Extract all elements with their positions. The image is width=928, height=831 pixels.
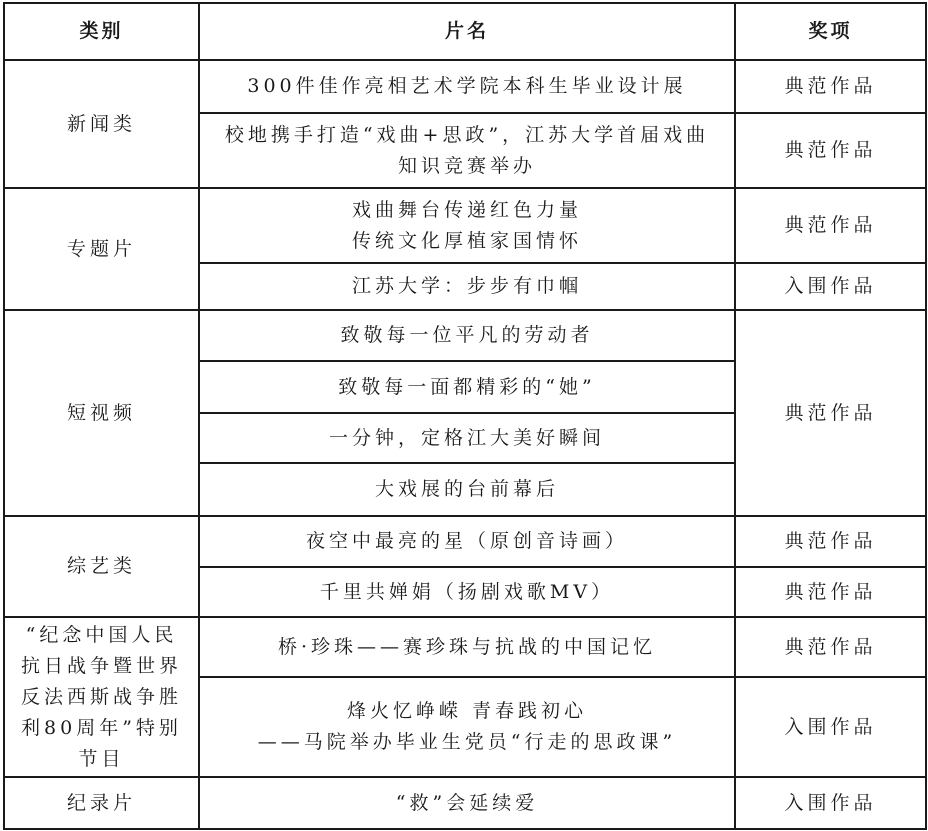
- award-cell: 典范作品: [735, 60, 926, 113]
- title-cell: 桥·珍珠——赛珍珠与抗战的中国记忆: [199, 617, 735, 677]
- award-cell: 入围作品: [735, 677, 926, 777]
- award-cell: 典范作品: [735, 617, 926, 677]
- award-cell: 典范作品: [735, 567, 926, 617]
- title-line: ——马院举办毕业生党员“行走的思政课”: [200, 727, 734, 758]
- header-award: 奖项: [735, 3, 926, 60]
- title-cell: 夜空中最亮的星（原创音诗画）: [199, 516, 735, 567]
- title-cell: 一分钟，定格江大美好瞬间: [199, 413, 735, 463]
- award-cell: 典范作品: [735, 188, 926, 263]
- table-header-row: 类别 片名 奖项: [4, 3, 926, 60]
- category-line: 利80周年”特别: [5, 713, 198, 744]
- title-cell: 烽火忆峥嵘 青春践初心 ——马院举办毕业生党员“行走的思政课”: [199, 677, 735, 777]
- title-line: 300件佳作亮相艺术学院本科生毕业设计展: [200, 71, 734, 102]
- table-row: 纪录片 “救”会延续爱 入围作品: [4, 777, 926, 829]
- title-line: 戏曲舞台传递红色力量: [200, 195, 734, 226]
- title-line: 大戏展的台前幕后: [200, 474, 734, 505]
- category-line: 抗日战争暨世界: [5, 651, 198, 682]
- category-cell: 专题片: [4, 188, 199, 310]
- title-line: “救”会延续爱: [200, 788, 734, 819]
- title-line: 夜空中最亮的星（原创音诗画）: [200, 526, 734, 557]
- category-cell: 新闻类: [4, 60, 199, 188]
- table-row: 新闻类 300件佳作亮相艺术学院本科生毕业设计展 典范作品: [4, 60, 926, 113]
- award-cell: 入围作品: [735, 777, 926, 829]
- title-cell: 江苏大学：步步有巾帼: [199, 263, 735, 310]
- category-cell: 综艺类: [4, 516, 199, 617]
- category-line: 节目: [5, 744, 198, 775]
- title-line: 知识竞赛举办: [200, 151, 734, 182]
- table-row: 短视频 致敬每一位平凡的劳动者 典范作品: [4, 310, 926, 361]
- award-cell: 典范作品: [735, 113, 926, 188]
- category-line: 反法西斯战争胜: [5, 682, 198, 713]
- category-cell: 短视频: [4, 310, 199, 516]
- award-cell: 典范作品: [735, 310, 926, 516]
- table-row: 综艺类 夜空中最亮的星（原创音诗画） 典范作品: [4, 516, 926, 567]
- title-line: 致敬每一位平凡的劳动者: [200, 320, 734, 351]
- title-line: 桥·珍珠——赛珍珠与抗战的中国记忆: [200, 632, 734, 663]
- category-cell: “纪念中国人民 抗日战争暨世界 反法西斯战争胜 利80周年”特别 节目: [4, 617, 199, 777]
- award-cell: 典范作品: [735, 516, 926, 567]
- title-line: 烽火忆峥嵘 青春践初心: [200, 696, 734, 727]
- award-cell: 入围作品: [735, 263, 926, 310]
- title-line: 校地携手打造“戏曲+思政”，江苏大学首届戏曲: [200, 120, 734, 151]
- title-line: 一分钟，定格江大美好瞬间: [200, 423, 734, 454]
- category-line: “纪念中国人民: [5, 620, 198, 651]
- header-category: 类别: [4, 3, 199, 60]
- title-line: 江苏大学：步步有巾帼: [200, 271, 734, 302]
- awards-table: 类别 片名 奖项 新闻类 300件佳作亮相艺术学院本科生毕业设计展 典范作品 校…: [3, 2, 927, 830]
- title-line: 传统文化厚植家国情怀: [200, 226, 734, 257]
- category-cell: 纪录片: [4, 777, 199, 829]
- title-cell: 致敬每一位平凡的劳动者: [199, 310, 735, 361]
- title-line: 致敬每一面都精彩的“她”: [200, 372, 734, 403]
- table-row: 专题片 戏曲舞台传递红色力量 传统文化厚植家国情怀 典范作品: [4, 188, 926, 263]
- table-row: “纪念中国人民 抗日战争暨世界 反法西斯战争胜 利80周年”特别 节目 桥·珍珠…: [4, 617, 926, 677]
- title-cell: 校地携手打造“戏曲+思政”，江苏大学首届戏曲 知识竞赛举办: [199, 113, 735, 188]
- title-line: 千里共婵娟（扬剧戏歌MV）: [200, 577, 734, 608]
- header-title: 片名: [199, 3, 735, 60]
- title-cell: 致敬每一面都精彩的“她”: [199, 361, 735, 413]
- title-cell: 戏曲舞台传递红色力量 传统文化厚植家国情怀: [199, 188, 735, 263]
- title-cell: 千里共婵娟（扬剧戏歌MV）: [199, 567, 735, 617]
- title-cell: 300件佳作亮相艺术学院本科生毕业设计展: [199, 60, 735, 113]
- title-cell: “救”会延续爱: [199, 777, 735, 829]
- title-cell: 大戏展的台前幕后: [199, 463, 735, 516]
